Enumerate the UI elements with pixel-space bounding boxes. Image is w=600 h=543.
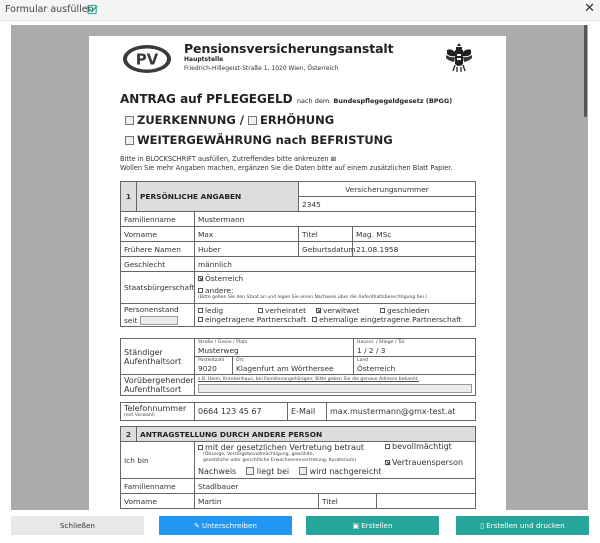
address-table: Ständiger Aufenthaltsort Straße / Gasse …: [120, 338, 476, 396]
checkbox-ehemalige-partnerschaft[interactable]: [312, 317, 317, 322]
create-and-print-button-label: Erstellen und drucken: [486, 521, 565, 530]
option-line-1: ZUERKENNUNG / ERHÖHUNG: [125, 113, 334, 127]
nachweis-row: Nachweis liegt bei wird nachgereicht: [198, 467, 472, 476]
s2-titel-label: Titel: [319, 494, 377, 509]
personenstand-option[interactable]: ledig: [198, 306, 258, 315]
s2-familienname-field[interactable]: Stadlbauer: [195, 479, 476, 494]
telefon-label: Telefonnummer: [124, 404, 186, 413]
sign-button-label: Unterschreiben: [202, 521, 257, 530]
strasse-cell[interactable]: Straße / Gasse / PlatzMusterweg: [195, 339, 354, 357]
checkbox-oesterreich[interactable]: [198, 276, 203, 281]
close-button-label: Schließen: [60, 521, 95, 530]
create-and-print-button[interactable]: ▯Erstellen und drucken: [456, 516, 589, 535]
voruebergehend-label: Vorübergehender Aufenthaltsort: [121, 375, 195, 396]
austrian-eagle-icon: [444, 40, 474, 74]
checkbox-vertrauensperson[interactable]: [385, 460, 390, 465]
org-name: Pensionsversicherungsanstalt: [184, 41, 394, 56]
form-title-main: ANTRAG auf PFLEGEGELD: [120, 92, 293, 106]
label-oesterreich: Österreich: [205, 274, 243, 283]
email-field[interactable]: max.mustermann@gmx-test.at: [327, 403, 476, 421]
telefon-label-cell: Telefonnummer(mit Vorwahl): [121, 403, 195, 421]
form-dialog: Formular ausfüllen ✕ PV Pensionsversiche…: [0, 0, 600, 543]
section1-title: PERSÖNLICHE ANGABEN: [137, 182, 299, 212]
nachweis-label: Nachweis: [198, 467, 236, 476]
titel-label: Titel: [299, 227, 353, 242]
vorname-field[interactable]: Max: [195, 227, 299, 242]
geburtsdatum-label: Geburtsdatum: [299, 242, 353, 257]
create-button[interactable]: ▣Erstellen: [306, 516, 439, 535]
org-sub: Hauptstelle: [184, 56, 223, 63]
label-ehemalige-partnerschaft: ehemalige eingetragene Partnerschaft: [319, 315, 461, 324]
edit-icon: ✎: [194, 517, 200, 536]
label-erhoehung: ERHÖHUNG: [260, 113, 334, 127]
staatsbuergerschaft-label: Staatsbürgerschaft: [121, 272, 195, 304]
label-andere: andere:: [205, 286, 233, 295]
checkbox-verheiratet[interactable]: [258, 308, 263, 313]
personenstand-label: Personenstand: [124, 305, 191, 314]
label-vertrauensperson: Vertrauensperson: [392, 458, 463, 467]
telefon-sub: (mit Vorwahl): [124, 413, 191, 419]
checkbox-andere[interactable]: [198, 288, 203, 293]
plz-cell[interactable]: Postleitzahl9020: [195, 357, 233, 375]
telefon-field[interactable]: 0664 123 45 67: [195, 403, 288, 421]
label-bevollmaechtigt: bevollmächtigt: [392, 442, 452, 451]
land-field[interactable]: Österreich: [357, 364, 395, 373]
s2-vorname-label: Vorname: [121, 494, 195, 509]
label-liegt-bei: liegt bei: [257, 467, 289, 476]
document-viewer[interactable]: PV Pensionsversicherungsanstalt Hauptste…: [11, 25, 588, 510]
plz-field[interactable]: 9020: [198, 364, 217, 373]
checkbox-eingetragene-partnerschaft[interactable]: [198, 317, 203, 322]
familienname-field[interactable]: Mustermann: [195, 212, 476, 227]
section1-number: 1: [121, 182, 137, 212]
staat-hint: (Bitte geben Sie den Staat an und legen …: [198, 295, 472, 301]
fruehere-namen-label: Frühere Namen: [121, 242, 195, 257]
ort-field[interactable]: Klagenfurt am Wörthersee: [236, 364, 334, 373]
checkbox-weitergewaehrung[interactable]: [125, 136, 134, 145]
staat-andere-option[interactable]: andere:: [198, 286, 472, 295]
personenstand-option[interactable]: eingetragene Partnerschaft: [198, 315, 306, 324]
personenstand-label-cell: Personenstand seit: [121, 304, 195, 327]
s2-titel-field[interactable]: [377, 494, 476, 509]
section2-title: ANTRAGSTELLUNG DURCH ANDERE PERSON: [137, 427, 476, 442]
document-page: PV Pensionsversicherungsanstalt Hauptste…: [89, 36, 506, 510]
s2-vorname-field[interactable]: Martin: [195, 494, 319, 509]
form-title-law: Bundespflegegeldgesetz (BPGG): [333, 97, 452, 105]
personenstand-option[interactable]: ehemalige eingetragene Partnerschaft: [312, 315, 461, 324]
note-line-1: Bitte in BLOCKSCHRIFT ausfüllen, Zutreff…: [120, 155, 336, 163]
label-verwitwet: verwitwet: [323, 306, 359, 315]
seit-label: seit: [124, 316, 137, 325]
label-zuerkennung: ZUERKENNUNG /: [137, 113, 244, 127]
label-vertretung: mit der gesetzlichen Vertretung betraut: [205, 443, 364, 452]
checkbox-bevollmaechtigt[interactable]: [385, 444, 390, 449]
checkbox-wird-nachgereicht[interactable]: [299, 467, 307, 475]
personenstand-option[interactable]: verwitwet: [316, 306, 380, 315]
contact-table: Telefonnummer(mit Vorwahl) 0664 123 45 6…: [120, 402, 476, 421]
label-ledig: ledig: [205, 306, 223, 315]
aufenthalt-label: Ständiger Aufenthaltsort: [121, 339, 195, 375]
personenstand-option[interactable]: verheiratet: [258, 306, 316, 315]
checkbox-erhoehung[interactable]: [248, 116, 257, 125]
checkbox-geschieden[interactable]: [380, 308, 385, 313]
label-verheiratet: verheiratet: [265, 306, 306, 315]
geschlecht-field[interactable]: männlich: [195, 257, 476, 272]
section2-number: 2: [121, 427, 137, 442]
file-icon: ▯: [480, 517, 484, 536]
personenstand-options: ledigverheiratetverwitwetgeschieden eing…: [195, 304, 476, 327]
vertrauensperson-option[interactable]: Vertrauensperson: [385, 458, 463, 467]
ort-cell[interactable]: OrtKlagenfurt am Wörthersee: [233, 357, 354, 375]
email-label: E-Mail: [288, 403, 327, 421]
create-button-label: Erstellen: [361, 521, 392, 530]
strasse-field[interactable]: Musterweg: [198, 346, 239, 355]
ich-bin-cell: mit der gesetzlichen Vertretung betraut …: [195, 442, 476, 479]
voruebergehend-input[interactable]: [198, 384, 472, 393]
form-title: ANTRAG auf PFLEGEGELD nach dem Bundespfl…: [120, 92, 452, 106]
section2-table: 2 ANTRAGSTELLUNG DURCH ANDERE PERSON Ich…: [120, 426, 476, 509]
s2-familienname-label: Familienname: [121, 479, 195, 494]
titel-field[interactable]: Mag. MSc: [353, 227, 476, 242]
checkbox-ledig[interactable]: [198, 308, 203, 313]
scrollbar-thumb[interactable]: [584, 25, 587, 117]
bevollmaechtigt-option[interactable]: bevollmächtigt: [385, 442, 452, 451]
voruebergehend-hint: z.B. Heim, Krankenhaus, bei Familienange…: [198, 377, 472, 383]
pv-logo-icon: PV: [122, 44, 172, 74]
versicherungsnummer-label: Versicherungsnummer: [299, 182, 476, 197]
seit-input[interactable]: [140, 316, 178, 325]
form-title-small: nach dem: [297, 97, 329, 105]
option-line-2: WEITERGEWÄHRUNG nach BEFRISTUNG: [125, 133, 393, 147]
vorname-label: Vorname: [121, 227, 195, 242]
staat-oesterreich-option[interactable]: Österreich: [198, 274, 472, 283]
ich-bin-label: Ich bin: [121, 442, 195, 479]
close-icon[interactable]: ✕: [584, 2, 595, 16]
geburtsdatum-field[interactable]: 21.08.1958: [353, 242, 476, 257]
dialog-footer: Schließen ✎Unterschreiben ▣Erstellen ▯Er…: [0, 510, 600, 543]
save-icon: ▣: [352, 517, 359, 536]
label-wird-nachgereicht: wird nachgereicht: [310, 467, 382, 476]
svg-text:PV: PV: [136, 51, 159, 69]
hausnr-field[interactable]: 1 / 2 / 3: [357, 346, 385, 355]
voruebergehend-cell: z.B. Heim, Krankenhaus, bei Familienange…: [195, 375, 476, 396]
note-line-2: Wollen Sie mehr Angaben machen, ergänzen…: [120, 164, 452, 172]
hausnr-cell[interactable]: Hausnr. / Stiege / Tür1 / 2 / 3: [354, 339, 476, 357]
checkbox-vertretung[interactable]: [198, 445, 203, 450]
staatsbuergerschaft-cell: Österreich andere: (Bitte geben Sie den …: [195, 272, 476, 304]
checkbox-verwitwet[interactable]: [316, 308, 321, 313]
land-cell[interactable]: LandÖsterreich: [354, 357, 476, 375]
sign-button[interactable]: ✎Unterschreiben: [159, 516, 292, 535]
versicherungsnummer-field[interactable]: 2345: [299, 197, 476, 212]
checkbox-zuerkennung[interactable]: [125, 116, 134, 125]
check-square-icon: [87, 4, 98, 15]
personenstand-option[interactable]: geschieden: [380, 306, 429, 315]
org-address: Friedrich-Hillegeist-Straße 1, 1020 Wien…: [184, 65, 338, 72]
section1-table: 1 PERSÖNLICHE ANGABEN Versicherungsnumme…: [120, 181, 476, 327]
dialog-title: Formular ausfüllen: [5, 4, 94, 15]
dialog-titlebar: Formular ausfüllen ✕: [0, 0, 600, 21]
label-weitergewaehrung: WEITERGEWÄHRUNG nach BEFRISTUNG: [137, 133, 393, 147]
close-button[interactable]: Schließen: [11, 516, 144, 535]
label-eingetragene-partnerschaft: eingetragene Partnerschaft: [205, 315, 306, 324]
geschlecht-label: Geschlecht: [121, 257, 195, 272]
label-geschieden: geschieden: [387, 306, 429, 315]
checkbox-liegt-bei[interactable]: [246, 467, 254, 475]
fruehere-namen-field[interactable]: Huber: [195, 242, 299, 257]
familienname-label: Familienname: [121, 212, 195, 227]
